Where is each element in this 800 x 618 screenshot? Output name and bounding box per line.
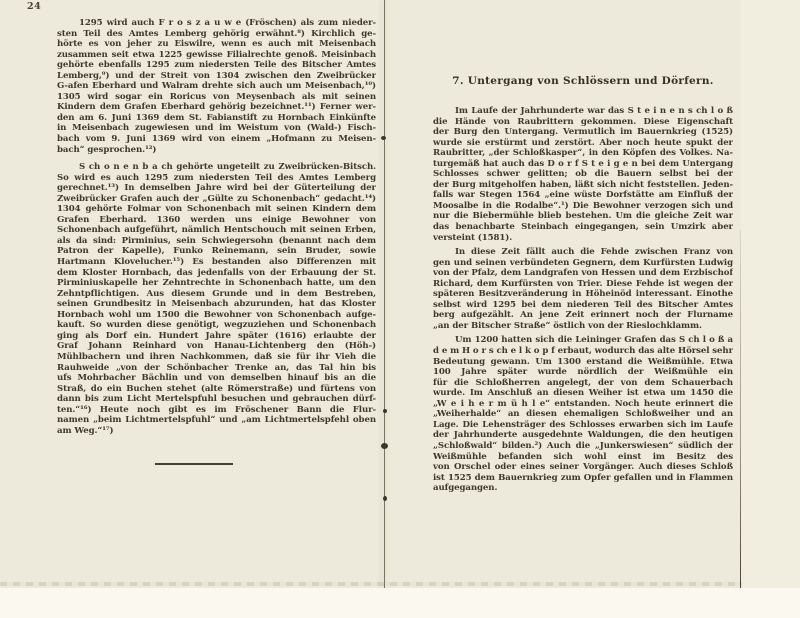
text-line: gen und seinen verbündeten Gegnern, dem … [433,258,733,269]
text-line: Kindern dem Grafen Eberhard gehörig beze… [57,102,376,113]
text-line: die Hände von Raubrittern gekommen. Dies… [433,117,733,128]
text-line: Bedeutung gewann. Um 1300 erstand die We… [433,357,733,368]
left-page-text-block: 1295 wird auch F r o s z a u w e (Frösch… [57,18,376,443]
paragraph: Im Laufe der Jahrhunderte war das S t e … [433,106,733,243]
text-line: berg aufgezählt. An jene Zeit erinnert n… [433,310,733,321]
text-line: ging als Dorf ein. Hundert Jahre später … [57,331,376,342]
paragraph: S ch o n e n b a ch gehörte ungeteilt zu… [57,162,376,436]
text-line: „W e i h e r m ü h l e“ entstanden. Noch… [433,399,733,410]
text-line: d e m H o r s ch e l k o p f erbaut, wod… [433,346,733,357]
right-page-text-block: Im Laufe der Jahrhunderte war das S t e … [433,106,733,498]
text-line: 100 Jahre später wurde nördlich der Weiß… [433,367,733,378]
text-line: S ch o n e n b a ch gehörte ungeteilt zu… [57,162,376,173]
text-line: der Jahrhunderte ausgedehnte Waldungen, … [433,430,733,441]
text-line: wurde sie erstürmt und zerstört. Aber no… [433,138,733,149]
text-line: sten Teil des Amtes Lemberg gehörig erwä… [57,29,376,40]
text-line: Rauhweide „von der Schönbacher Trenke an… [57,363,376,374]
text-line: 1295 wird auch F r o s z a u w e (Frösch… [57,18,376,29]
text-line: hörte es von jeher zu Eiswilre, wenn es … [57,39,376,50]
text-line: Lemberg,⁹) und der Streit von 1304 zwisc… [57,71,376,82]
text-line: dann bis zum Licht Mertelspfuhl besuchen… [57,394,376,405]
text-line: gerechnet.¹³) In demselben Jahre wird be… [57,183,376,194]
text-line: am Weg.“¹⁷) [57,426,376,437]
paragraph: In diese Zeit fällt auch die Fehde zwisc… [433,247,733,331]
text-line: ufs Mohrbacher Bächlin und von demselben… [57,373,376,384]
page-bottom-edge [0,582,742,586]
text-line: in Meisenbach zugewiesen und im Weistum … [57,123,376,134]
text-line: turgemäß hat auch das D o r f S t e i g … [433,159,733,170]
text-line: Um 1200 hatten sich die Leininger Grafen… [433,335,733,346]
ink-speck [381,443,388,449]
text-line: dem Kloster Hornbach, das jedenfalls von… [57,268,376,279]
text-line: So wird es auch 1295 zum niedersten Teil… [57,173,376,184]
paragraph: 1295 wird auch F r o s z a u w e (Frösch… [57,18,376,155]
text-line: „an der Bitscher Straße“ östlich von der… [433,321,733,332]
text-line: G-afen Eberhard und Walram drehte sich a… [57,81,376,92]
ink-speck [383,496,387,501]
text-line: der Burg den Untergang. Vermutlich im Ba… [433,127,733,138]
text-line: Straß, do ein Buchen stehet (alte Römers… [57,384,376,395]
text-line: von Orschel oder eines seiner Vorgänger.… [433,462,733,473]
ink-speck [381,136,386,140]
text-line: „Schloßwald“ bilden.²) Auch die „Junkers… [433,441,733,452]
text-line: späteren Besitzveränderung in Höheinöd i… [433,289,733,300]
text-line: der Burg mitgeholfen haben, läßt sich ni… [433,180,733,191]
text-line: Patron der Kapelle), Funko Reinemann, se… [57,246,376,257]
text-line: gehörte ebenfalls 1295 zum niedersten Te… [57,60,376,71]
text-line: selbst wird 1295 bei dem niederen Teil d… [433,300,733,311]
text-line: Zweibrücker Grafen auch der „Gülte zu Sc… [57,194,376,205]
text-line: Schlosses schwer gelitten; ob die Bauern… [433,169,733,180]
text-line: Lage. Die Lehensträger des Schlosses erw… [433,420,733,431]
text-line: nur die Biebermühle blieb bestehen. Um d… [433,211,733,222]
text-line: 1304 gehörte Folmar von Schonenbach mit … [57,204,376,215]
text-line: aufgegangen. [433,483,733,494]
text-line: von der Pfalz, dem Landgrafen von Hessen… [433,268,733,279]
book-scan: 24 1295 wird auch F r o s z a u w e (Frö… [0,0,800,618]
text-line: kauft. So wurden diese genötigt, wegzuzi… [57,320,376,331]
text-line: ten.“¹⁶) Heute noch gibt es im Fröschene… [57,405,376,416]
text-line: „Weiherhalde“ an diesen ehemaligen Schlo… [433,409,733,420]
page-number: 24 [27,1,41,12]
text-line: als da sind: Pirminius, sein Schwiegerso… [57,236,376,247]
adjacent-page-edge [741,0,800,588]
text-line: seinen Grundbesitz in Meisenbach abzurun… [57,299,376,310]
text-line: Mühlbachern und ihren Nachkommen, daß si… [57,352,376,363]
paragraph: Um 1200 hatten sich die Leininger Grafen… [433,335,733,493]
right-page-edge-line [740,230,741,588]
text-line: Graf Johann Reinhard von Hanau-Lichtenbe… [57,341,376,352]
text-line: Moosalbe in die Rodalbe“.¹) Die Bewohner… [433,201,733,212]
text-line: das benachbarte Steinbach eingegangen, s… [433,222,733,233]
text-line: ist 1525 dem Bauernkrieg zum Opfer gefal… [433,473,733,484]
text-line: für die Schloßherren angelegt, der von d… [433,378,733,389]
text-line: zusammen seit etwa 1225 gewisse Filialre… [57,50,376,61]
text-line: Hartmann Klovelucher.¹⁵) Es bestanden al… [57,257,376,268]
text-line: Grafen Eberhard. 1360 werden uns einige … [57,215,376,226]
text-line: Schonenbach aufgeführt, nämlich Hentscho… [57,225,376,236]
text-line: Zehntpflichtigen. Aus diesem Grunde und … [57,289,376,300]
chapter-heading: 7. Untergang von Schlössern und Dörfern. [433,75,733,87]
ink-speck [383,409,387,413]
text-line: Weißmühle befanden sich wohl einst im Be… [433,452,733,463]
text-line: Pirminiuskapelle her Zehntrechte in Scho… [57,278,376,289]
text-line: Hornbach wohl um 1500 die Bewohner von S… [57,310,376,321]
text-line: In diese Zeit fällt auch die Fehde zwisc… [433,247,733,258]
text-line: Richard, dem Kurfürsten von Trier. Diese… [433,279,733,290]
text-line: Raubritter, „der Schloßkasper“, in den K… [433,148,733,159]
text-line: 1305 wird sogar ein Roricus von Meysenba… [57,92,376,103]
text-line: versteint (1581). [433,233,733,244]
text-line: bach“ gesprochen.¹²) [57,145,376,156]
text-line: namen „beim Lichtmertelspfuhl“ und „am L… [57,415,376,426]
text-line: falls war Stegen 1564 „eine wüste Dorfst… [433,190,733,201]
scanner-background [0,588,800,618]
text-line: den am 6. Juni 1369 dem St. Fabianstift … [57,113,376,124]
text-line: bach vom 9. Juni 1369 wird von einem „Ho… [57,134,376,145]
section-divider-rule [155,463,233,465]
text-line: Im Laufe der Jahrhunderte war das S t e … [433,106,733,117]
text-line: wurde. Im Anschluß an diesen Weiher ist … [433,388,733,399]
